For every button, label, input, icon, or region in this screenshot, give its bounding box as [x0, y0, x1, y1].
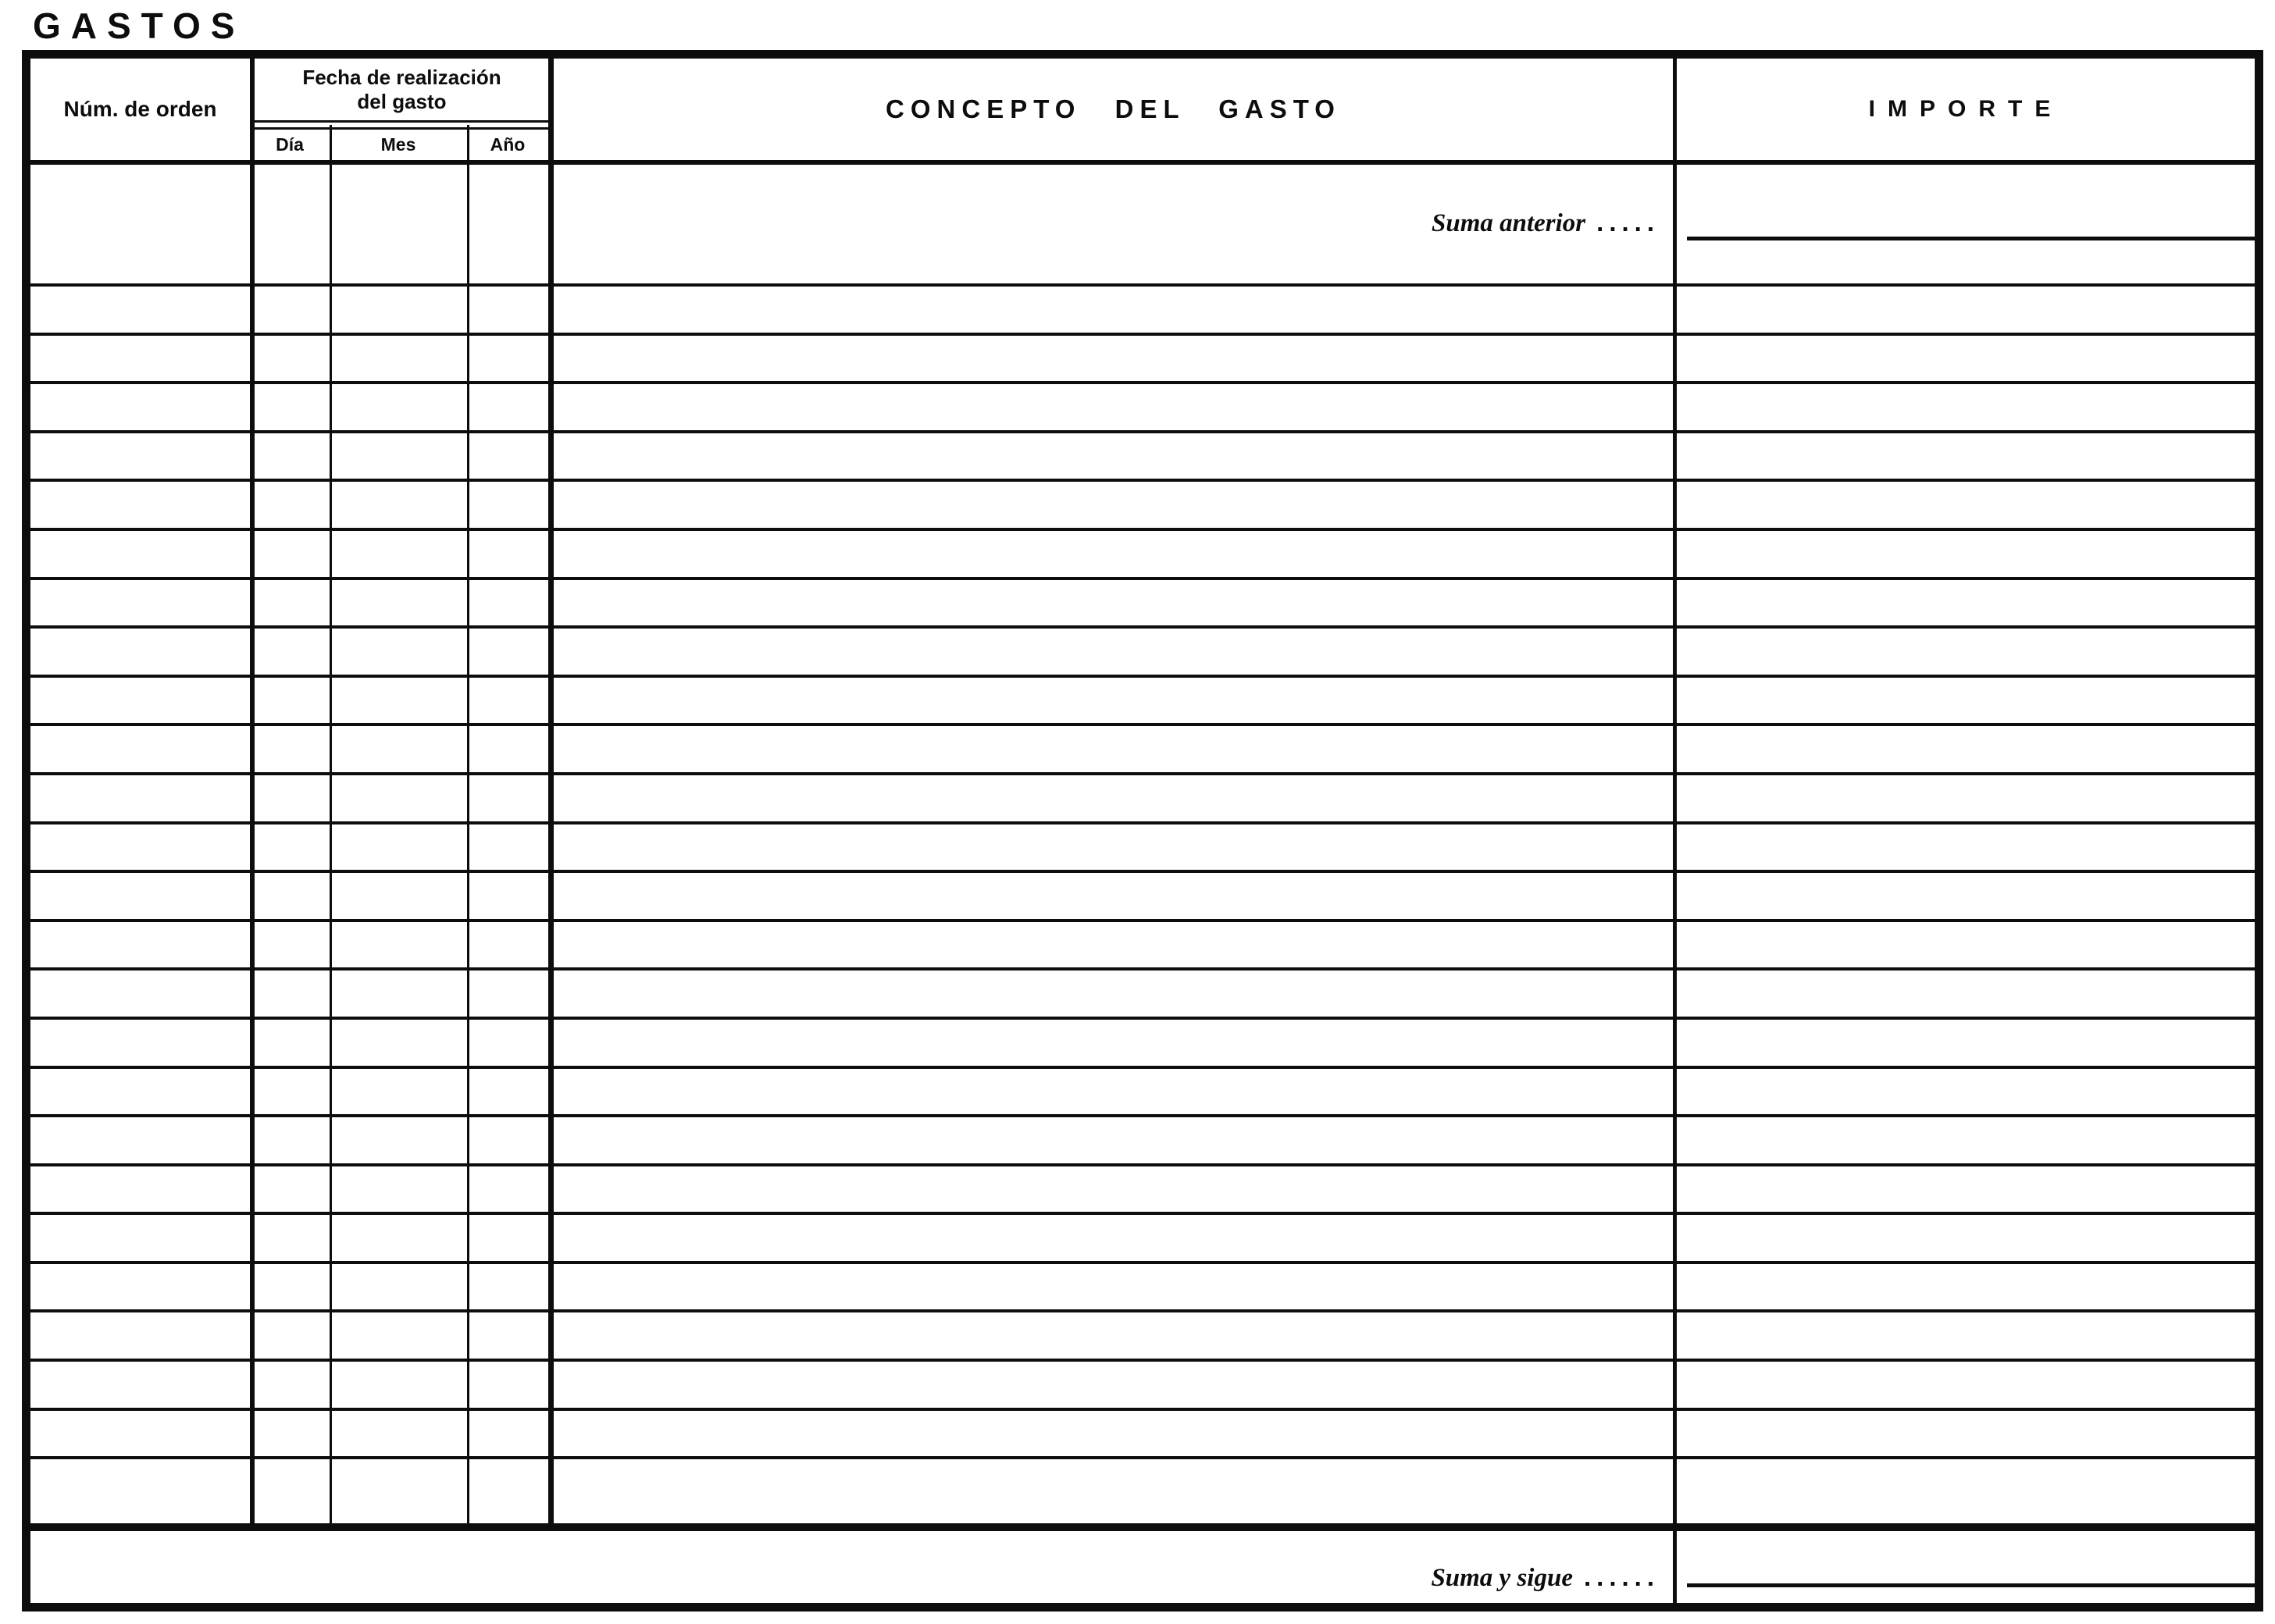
column-header-mes: Mes: [330, 130, 467, 160]
suma-anterior-dot-leader: .....: [1596, 208, 1660, 237]
column-header-num-de-orden: Núm. de orden: [30, 59, 250, 160]
suma-y-sigue-label: Suma y sigue......: [1431, 1562, 1660, 1593]
table-row: [30, 1166, 2255, 1216]
table-row: [30, 1411, 2255, 1460]
expense-ledger-table: Núm. de orden Fecha de realizacióndel ga…: [22, 50, 2263, 1612]
suma-anterior-label: Suma anterior.....: [1432, 208, 1660, 238]
fecha-header-text: Fecha de realizacióndel gasto: [302, 66, 501, 114]
table-row: [30, 1312, 2255, 1362]
body-rows: Suma anterior.....: [30, 165, 2255, 1505]
table-row: [30, 1215, 2255, 1264]
column-divider-num-fecha: [250, 59, 255, 1531]
table-row: [30, 1020, 2255, 1069]
table-row: [30, 922, 2255, 971]
table-row: [30, 726, 2255, 775]
column-header-importe: IMPORTE: [1677, 59, 2255, 160]
scanned-expense-form-page: { "page": { "title": "GASTOS" }, "table"…: [0, 0, 2275, 1624]
table-row: [30, 482, 2255, 531]
suma-anterior-row: Suma anterior.....: [30, 165, 2255, 287]
table-row: [30, 531, 2255, 580]
suma-y-sigue-row: Suma y sigue......: [30, 1531, 2255, 1603]
table-row: [30, 1362, 2255, 1411]
table-row: [30, 1117, 2255, 1166]
table-row: [30, 775, 2255, 824]
table-row: [30, 970, 2255, 1020]
column-header-fecha-de-realizacion: Fecha de realizacióndel gasto: [250, 59, 554, 120]
column-divider-dia-mes: [330, 125, 332, 1531]
column-divider-concepto-importe: [1673, 59, 1677, 1603]
body-bottom-rule: [30, 1523, 2255, 1531]
table-row: [30, 629, 2255, 678]
table-row: [30, 1459, 2255, 1505]
table-row: [30, 1069, 2255, 1118]
column-divider-ano-concepto: [548, 59, 554, 1531]
column-header-ano: Año: [467, 130, 548, 160]
table-row: [30, 1264, 2255, 1313]
table-row: [30, 287, 2255, 336]
column-divider-mes-ano: [467, 125, 469, 1531]
table-row: [30, 580, 2255, 629]
suma-y-sigue-amount-line: [1687, 1583, 2255, 1587]
table-row: [30, 384, 2255, 433]
column-header-concepto-del-gasto: CONCEPTO DEL GASTO: [554, 59, 1673, 160]
suma-y-sigue-dot-leader: ......: [1584, 1562, 1660, 1591]
suma-anterior-amount-line: [1687, 237, 2255, 240]
table-row: [30, 678, 2255, 727]
table-row: [30, 336, 2255, 385]
table-row: [30, 824, 2255, 874]
page-title: GASTOS: [33, 5, 244, 47]
column-header-dia: Día: [250, 130, 330, 160]
table-row: [30, 433, 2255, 483]
table-row: [30, 873, 2255, 922]
fecha-subheader-double-rule: [250, 120, 554, 130]
